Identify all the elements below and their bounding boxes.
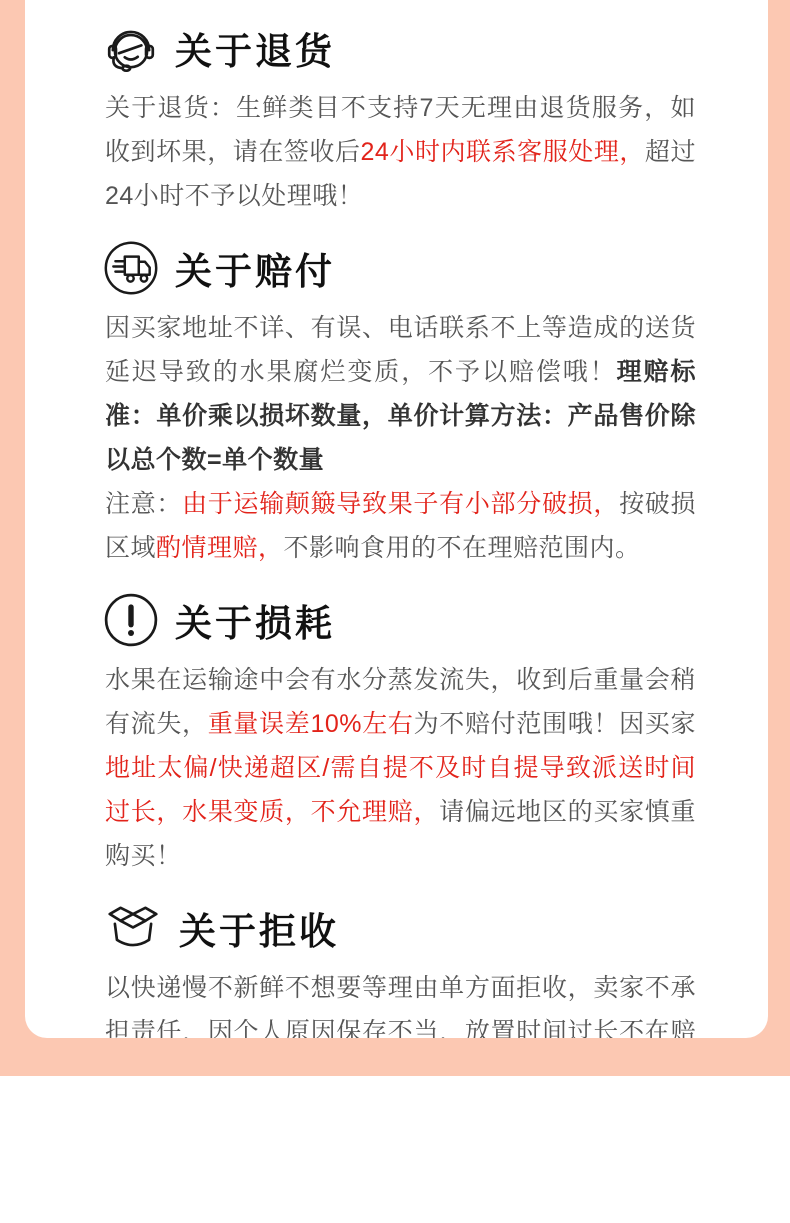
text-segment: 由于运输颠簸导致果子有小部分破损，	[182, 490, 619, 518]
text-segment: 因买家地址不详、有误、电话联系不上等造成的送货延迟导致的水果腐烂变质，不予以赔偿…	[105, 314, 696, 386]
policy-section-wastage: 关于损耗水果在运输途中会有水分蒸发流失，收到后重量会稍有流失，重量误差10%左右…	[105, 590, 696, 878]
alert-icon	[103, 592, 159, 648]
section-body: 以快递慢不新鲜不想要等理由单方面拒收，卖家不承担责任，因个人原因保存不当，放置时…	[105, 966, 696, 1038]
pink-background: 关于退货关于退货：生鲜类目不支持7天无理由退货服务，如收到坏果，请在签收后24小…	[0, 0, 790, 1076]
text-segment: 24小时内联系客服处理，	[361, 138, 645, 166]
policy-section-compensation: 关于赔付因买家地址不详、有误、电话联系不上等造成的送货延迟导致的水果腐烂变质，不…	[105, 238, 696, 570]
text-segment: 以快递慢不新鲜不想要等理由单方面拒收，卖家不承担责任，因个人原因保存不当，放置时…	[105, 974, 696, 1038]
headset-icon	[103, 20, 159, 76]
text-segment: 重量误差10%左右	[208, 710, 414, 738]
policy-section-returns: 关于退货关于退货：生鲜类目不支持7天无理由退货服务，如收到坏果，请在签收后24小…	[105, 18, 696, 218]
section-header: 关于赔付	[103, 238, 696, 298]
policy-card: 关于退货关于退货：生鲜类目不支持7天无理由退货服务，如收到坏果，请在签收后24小…	[25, 0, 768, 1038]
text-segment: 不影响食用的不在理赔范围内。	[284, 534, 641, 562]
text-segment: 注意：	[105, 490, 182, 518]
section-body: 关于退货：生鲜类目不支持7天无理由退货服务，如收到坏果，请在签收后24小时内联系…	[105, 86, 696, 218]
section-body: 因买家地址不详、有误、电话联系不上等造成的送货延迟导致的水果腐烂变质，不予以赔偿…	[105, 306, 696, 570]
section-title: 关于拒收	[179, 901, 339, 955]
text-segment: 酌情理赔，	[156, 534, 284, 562]
section-body: 水果在运输途中会有水分蒸发流失，收到后重量会稍有流失，重量误差10%左右为不赔付…	[105, 658, 696, 878]
section-header: 关于退货	[103, 18, 696, 78]
truck-icon	[103, 240, 159, 296]
policy-sections: 关于退货关于退货：生鲜类目不支持7天无理由退货服务，如收到坏果，请在签收后24小…	[105, 18, 696, 1038]
policy-section-rejection: 关于拒收以快递慢不新鲜不想要等理由单方面拒收，卖家不承担责任，因个人原因保存不当…	[105, 898, 696, 1038]
section-title: 关于损耗	[175, 593, 335, 647]
section-header: 关于拒收	[103, 898, 696, 958]
text-segment: 为不赔付范围哦！因买家	[414, 710, 696, 738]
section-header: 关于损耗	[103, 590, 696, 650]
section-title: 关于赔付	[175, 241, 335, 295]
section-title: 关于退货	[175, 21, 335, 75]
box-icon	[103, 904, 163, 952]
